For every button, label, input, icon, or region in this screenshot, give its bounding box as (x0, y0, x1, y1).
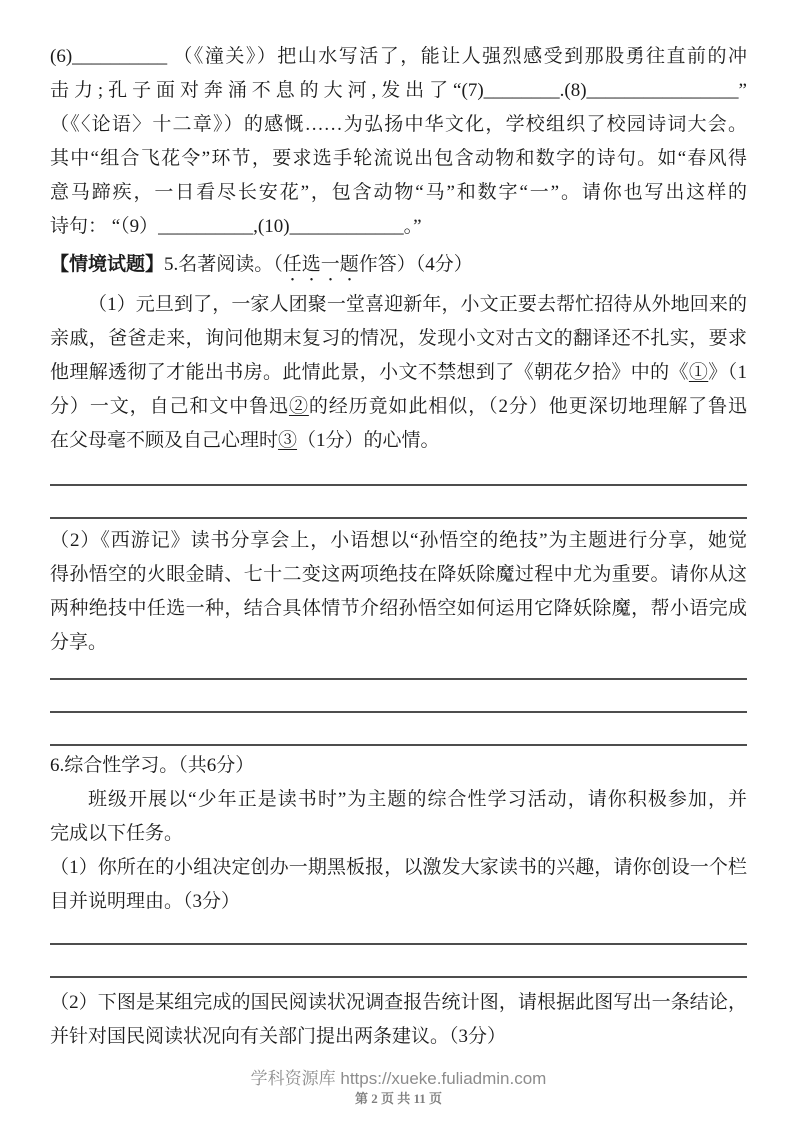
page-footer: 学科资源库 https://xueke.fuliadmin.com 第 2 页 … (50, 1068, 747, 1108)
page-number: 第 2 页 共 11 页 (50, 1090, 747, 1108)
q6-part1-line-2: 目并说明理由。（3分） (50, 885, 747, 919)
q5-part1-line3-tail: 》（1 (708, 362, 747, 383)
q5-heading-text: 5.名著阅读。（ (164, 254, 283, 275)
q5-part2-line-3: 两种绝技中任选一种，结合具体情节介绍孙悟空如何运用它降妖除魔，帮小语完成 (50, 592, 747, 626)
exam-paper-page: (6)__________ （《潼关》）把山水写活了，能让人强烈感受到那股勇往直… (0, 0, 793, 1122)
q4-fill-line-6: 诗句： “（9）__________,(10)____________。” (50, 210, 747, 244)
q5-part1-line-1: （1）元旦到了，一家人团聚一堂喜迎新年，小文正要去帮忙招待从外地回来的 (50, 288, 747, 322)
q5-part1-line5-tail: （1分）的心情。 (297, 430, 440, 451)
answer-line (50, 919, 747, 945)
q6-heading: 6.综合性学习。（共6分） (50, 749, 747, 783)
answer-line (50, 660, 747, 680)
q6-part2-line-1: （2）下图是某组完成的国民阅读状况调查报告统计图，请根据此图写出一条结论， (50, 986, 747, 1020)
q4-fill-line-5: 意马蹄疾，一日看尽长安花”，包含动物“马”和数字“一”。请你也写出这样的 (50, 176, 747, 210)
q5-part1-line-2: 亲戚，爸爸走来，询问他期末复习的情况，发现小文对古文的翻译还不扎实，要求 (50, 322, 747, 356)
q5-part1-line5-text: 在父母毫不顾及自己心理时 (50, 430, 278, 451)
circled-blank-2: ② (289, 396, 309, 417)
q5-part2-line-4: 分享。 (50, 626, 747, 660)
answer-line (50, 486, 747, 519)
q5-heading-tail: 作答）（4分） (359, 254, 473, 275)
q5-part2-line-2: 得孙悟空的火眼金睛、七十二变这两项绝技在降妖除魔过程中尤为重要。请你从这 (50, 558, 747, 592)
answer-line (50, 458, 747, 486)
q5-part1-line3-text: 他理解透彻了才能出书房。此情此景，小文不禁想到了《朝花夕拾》中的《 (50, 362, 689, 383)
q4-fill-line-3: （《〈论语〉十二章》）的感慨……为弘扬中华文化，学校组织了校园诗词大会。 (50, 108, 747, 142)
circled-blank-3: ③ (278, 430, 297, 451)
q5-heading-emphasis: 任选一题 (283, 254, 359, 275)
answer-line (50, 713, 747, 746)
q6-intro-line-1: 班级开展以“少年正是读书时”为主题的综合性学习活动，请你积极参加，并 (50, 783, 747, 817)
q5-part1-line4-tail: 的经历竟如此相似，（2分）他更深切地理解了鲁迅 (309, 396, 747, 417)
circled-blank-1: ① (689, 362, 708, 383)
watermark-source-url: 学科资源库 https://xueke.fuliadmin.com (50, 1068, 747, 1090)
q5-part1-line-5: 在父母毫不顾及自己心理时③（1分）的心情。 (50, 424, 747, 458)
q5-part1-line4-text: 分）一文，自己和文中鲁迅 (50, 396, 289, 417)
answer-line (50, 945, 747, 978)
q6-part1-line-1: （1）你所在的小组决定创办一期黑板报，以激发大家读书的兴趣，请你创设一个栏 (50, 851, 747, 885)
q5-part2-line-1: （2）《西游记》读书分享会上，小语想以“孙悟空的绝技”为主题进行分享，她觉 (50, 524, 747, 558)
q4-fill-line-2: 击力;孔子面对奔涌不息的大河,发出了“(7)________.(8)______… (50, 74, 747, 108)
q6-intro-line-2: 完成以下任务。 (50, 817, 747, 851)
q5-heading: 【情境试题】5.名著阅读。（任选一题作答）（4分） (50, 248, 747, 282)
q6-part2-line-2: 并针对国民阅读状况向有关部门提出两条建议。（3分） (50, 1020, 747, 1054)
answer-line (50, 680, 747, 713)
q4-fill-line-1: (6)__________ （《潼关》）把山水写活了，能让人强烈感受到那股勇往直… (50, 40, 747, 74)
q5-part1-line-3: 他理解透彻了才能出书房。此情此景，小文不禁想到了《朝花夕拾》中的《①》（1 (50, 356, 747, 390)
scenario-question-tag: 【情境试题】 (50, 254, 164, 275)
q4-fill-line-4: 其中“组合飞花令”环节，要求选手轮流说出包含动物和数字的诗句。如“春风得 (50, 142, 747, 176)
q5-part1-line-4: 分）一文，自己和文中鲁迅②的经历竟如此相似，（2分）他更深切地理解了鲁迅 (50, 390, 747, 424)
